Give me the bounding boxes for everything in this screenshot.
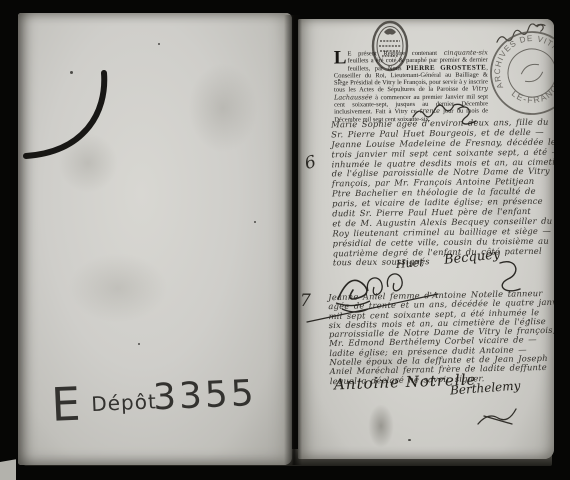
ink-speck xyxy=(338,79,340,81)
svg-text:ARCHIVES DE VITRY: ARCHIVES DE VITRY xyxy=(479,20,554,91)
corner-sliver xyxy=(0,459,16,480)
shelfmark-initial: E xyxy=(50,377,81,432)
ink-speck xyxy=(138,343,140,345)
left-page: E Dépôt 3355 xyxy=(18,13,292,465)
drop-cap: L xyxy=(334,50,347,65)
shelfmark-number: 3355 xyxy=(152,373,257,418)
ink-speck xyxy=(408,439,411,441)
ink-speck xyxy=(70,71,73,74)
ink-speck xyxy=(528,319,530,321)
paper-stain xyxy=(188,63,258,153)
archive-stamp-arc-top: ARCHIVES DE VITRY xyxy=(479,20,554,91)
notice-text: E présent Registre contenant xyxy=(347,49,443,57)
ink-speck xyxy=(254,221,256,223)
ms-folio-count: cinquante-six xyxy=(444,48,488,56)
shelfmark-word: Dépôt xyxy=(91,389,157,416)
margin-number-6: 6 xyxy=(303,152,318,174)
ink-flourish-icon xyxy=(18,55,128,165)
register-spread-photo: E Dépôt 3355 xyxy=(0,0,570,480)
paper-stain xyxy=(68,253,168,323)
burial-act-1: Marie Sophie agée d'environ deux ans, fi… xyxy=(331,118,551,269)
ink-speck xyxy=(158,43,160,45)
shelfmark: E Dépôt 3355 xyxy=(46,368,280,465)
berthelemy-paraph-icon xyxy=(474,405,520,429)
ink-smudge xyxy=(368,404,394,448)
officer-name: PIERRE GROSTESTE xyxy=(406,63,486,72)
right-page: ARCHIVES DE VITRY LE-FRANÇOIS LE présent… xyxy=(298,19,554,459)
